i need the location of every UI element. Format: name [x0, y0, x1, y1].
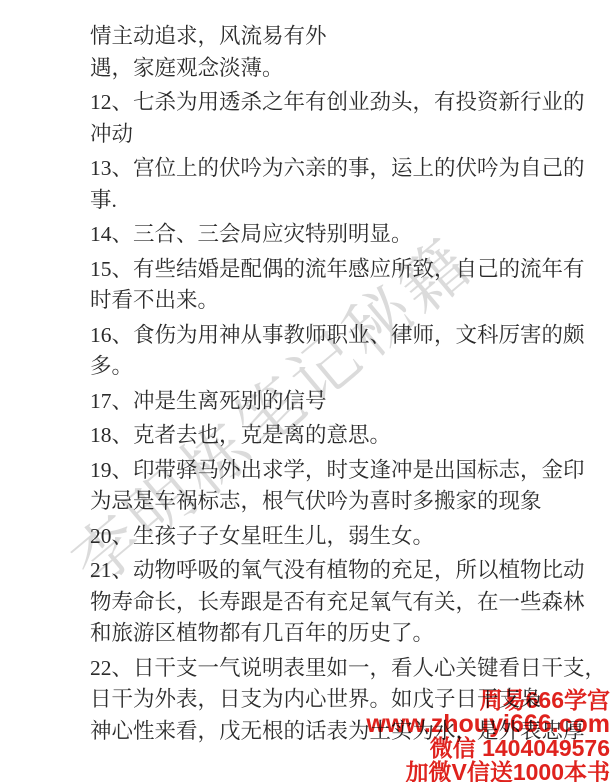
paragraph: 情主动追求，风流易有外 遇，家庭观念淡薄。 — [90, 21, 568, 84]
paragraph-item-19: 19、印带驿马外出求学，时支逢冲是出国标志，金印 为忌是车祸标志，根气伏吟为喜时… — [90, 455, 568, 518]
promo-website-url: www.zhouyi666.com — [366, 712, 610, 736]
text-line: 情主动追求，风流易有外 — [90, 21, 568, 53]
promo-offer-text: 加微V信送1000本书 — [366, 760, 610, 782]
text-line: 16、食伤为用神从事教师职业、律师，文科厉害的颇 — [90, 320, 568, 352]
promo-site-name: 周易666学宫 — [366, 688, 610, 712]
text-line: 17、冲是生离死别的信号 — [90, 386, 568, 418]
text-line: 物寿命长，长寿跟是否有充足氧气有关，在一些森林 — [90, 587, 568, 619]
text-line: 14、三合、三会局应灾特别明显。 — [90, 219, 568, 251]
paragraph-item-18: 18、克者去也，克是离的意思。 — [90, 420, 568, 452]
text-line: 20、生孩子子女星旺生儿，弱生女。 — [90, 521, 568, 553]
text-line: 22、日干支一气说明表里如一，看人心关键看日干支， — [90, 653, 568, 685]
paragraph-item-21: 21、动物呼吸的氧气没有植物的充足，所以植物比动 物寿命长，长寿跟是否有充足氧气… — [90, 555, 568, 650]
paragraph-item-16: 16、食伤为用神从事教师职业、律师，文科厉害的颇 多。 — [90, 320, 568, 383]
text-line: 15、有些结婚是配偶的流年感应所致，自己的流年有 — [90, 254, 568, 286]
paragraph-item-15: 15、有些结婚是配偶的流年感应所致，自己的流年有 时看不出来。 — [90, 254, 568, 317]
text-line: 多。 — [90, 351, 568, 383]
paragraph-item-12: 12、七杀为用透杀之年有创业劲头，有投资新行业的 冲动 — [90, 87, 568, 150]
paragraph-item-14: 14、三合、三会局应灾特别明显。 — [90, 219, 568, 251]
text-line: 时看不出来。 — [90, 285, 568, 317]
paragraph-item-17: 17、冲是生离死别的信号 — [90, 386, 568, 418]
text-line: 冲动 — [90, 119, 568, 151]
paragraph-item-20: 20、生孩子子女星旺生儿，弱生女。 — [90, 521, 568, 553]
text-line: 为忌是车祸标志，根气伏吟为喜时多搬家的现象 — [90, 486, 568, 518]
text-line: 21、动物呼吸的氧气没有植物的充足，所以植物比动 — [90, 555, 568, 587]
text-line: 18、克者去也，克是离的意思。 — [90, 420, 568, 452]
body-text: 情主动追求，风流易有外 遇，家庭观念淡薄。 12、七杀为用透杀之年有创业劲头，有… — [90, 21, 568, 750]
text-line: 12、七杀为用透杀之年有创业劲头，有投资新行业的 — [90, 87, 568, 119]
text-line: 19、印带驿马外出求学，时支逢冲是出国标志，金印 — [90, 455, 568, 487]
paragraph-item-13: 13、宫位上的伏吟为六亲的事，运上的伏吟为自己的 事. — [90, 153, 568, 216]
text-line: 13、宫位上的伏吟为六亲的事，运上的伏吟为自己的 — [90, 153, 568, 185]
text-line: 和旅游区植物都有几百年的历史了。 — [90, 618, 568, 650]
promo-wechat-id: 微信 1404049576 — [366, 736, 610, 760]
text-line: 遇，家庭观念淡薄。 — [90, 53, 568, 85]
document-page: 李明栋笔记秘籍 情主动追求，风流易有外 遇，家庭观念淡薄。 12、七杀为用透杀之… — [0, 0, 612, 782]
text-line: 事. — [90, 185, 568, 217]
promo-overlay: 周易666学宫 www.zhouyi666.com 微信 1404049576 … — [366, 688, 610, 782]
